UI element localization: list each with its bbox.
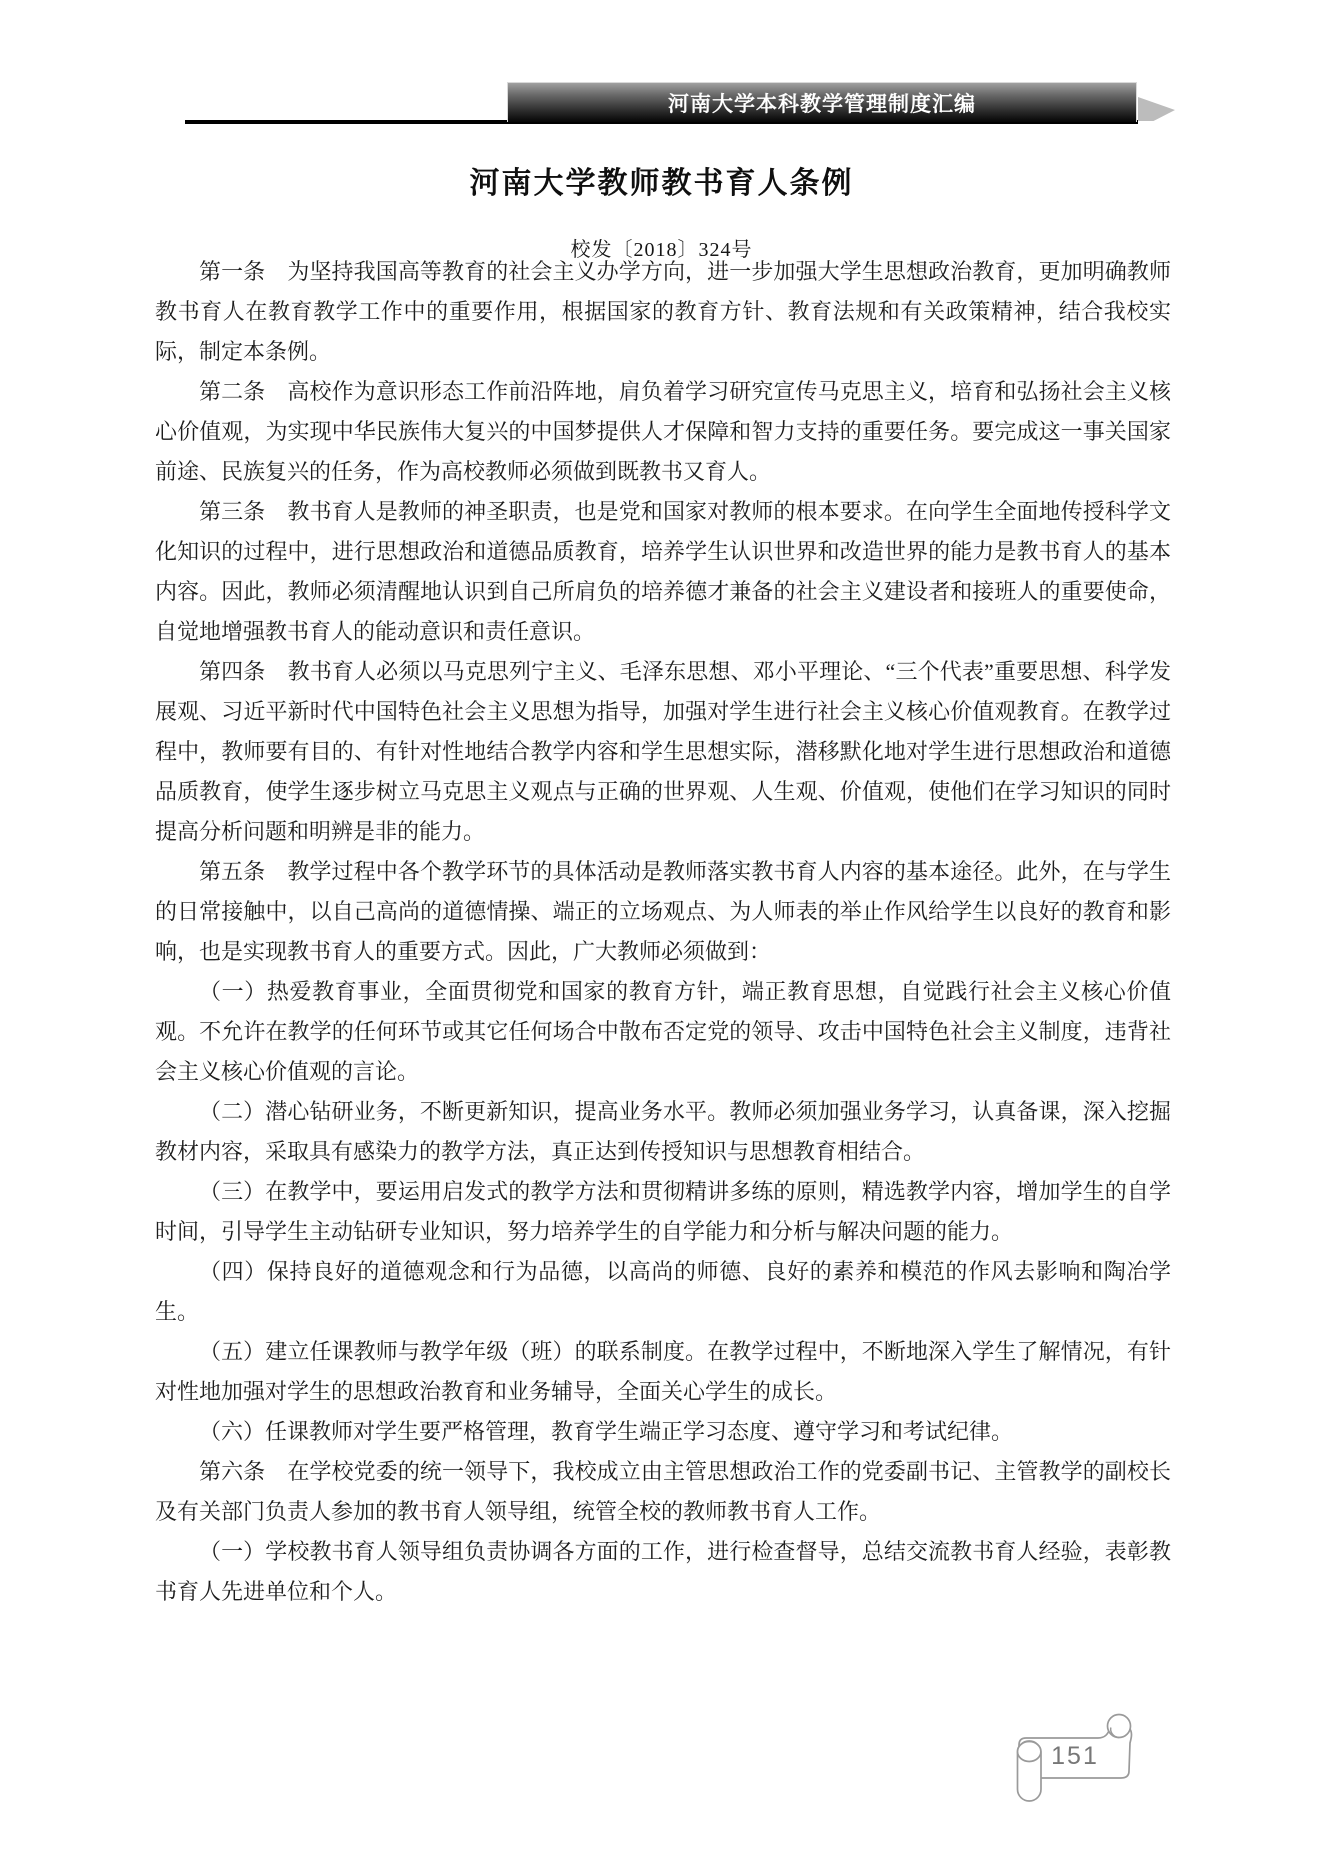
paragraph: （三）在教学中，要运用启发式的教学方法和贯彻精讲多练的原则，精选教学内容，增加学… [155, 1172, 1171, 1252]
paragraph: 第二条 高校作为意识形态工作前沿阵地，肩负着学习研究宣传马克思主义，培育和弘扬社… [155, 372, 1171, 492]
paragraph: 第三条 教书育人是教师的神圣职责，也是党和国家对教师的根本要求。在向学生全面地传… [155, 492, 1171, 652]
paragraph: （一）热爱教育事业，全面贯彻党和国家的教育方针，端正教育思想，自觉践行社会主义核… [155, 972, 1171, 1092]
paragraph: 第一条 为坚持我国高等教育的社会主义办学方向，进一步加强大学生思想政治教育，更加… [155, 252, 1171, 372]
page-title: 河南大学教师教书育人条例 [0, 158, 1323, 202]
page-number: 151 [1015, 1742, 1135, 1771]
paragraph: （一）学校教书育人领导组负责协调各方面的工作，进行检查督导，总结交流教书育人经验… [155, 1532, 1171, 1612]
paragraph: （五）建立任课教师与教学年级（班）的联系制度。在教学过程中，不断地深入学生了解情… [155, 1332, 1171, 1412]
document-page: 河南大学本科教学管理制度汇编 河南大学教师教书育人条例 校发〔2018〕324号… [0, 0, 1323, 1871]
paragraph: （六）任课教师对学生要严格管理，教育学生端正学习态度、遵守学习和考试纪律。 [155, 1412, 1171, 1452]
document-body: 第一条 为坚持我国高等教育的社会主义办学方向，进一步加强大学生思想政治教育，更加… [155, 252, 1171, 1612]
paragraph: （四）保持良好的道德观念和行为品德，以高尚的师德、良好的素养和模范的作风去影响和… [155, 1252, 1171, 1332]
header-banner: 河南大学本科教学管理制度汇编 [507, 82, 1137, 122]
paragraph: 第六条 在学校党委的统一领导下，我校成立由主管思想政治工作的党委副书记、主管教学… [155, 1452, 1171, 1532]
paragraph: 第五条 教学过程中各个教学环节的具体活动是教师落实教书育人内容的基本途径。此外，… [155, 852, 1171, 972]
banner-arrow-icon [1138, 96, 1175, 121]
header-banner-title: 河南大学本科教学管理制度汇编 [668, 88, 976, 118]
paragraph: 第四条 教书育人必须以马克思列宁主义、毛泽东思想、邓小平理论、“三个代表”重要思… [155, 652, 1171, 852]
paragraph: （二）潜心钻研业务，不断更新知识，提高业务水平。教师必须加强业务学习，认真备课，… [155, 1092, 1171, 1172]
